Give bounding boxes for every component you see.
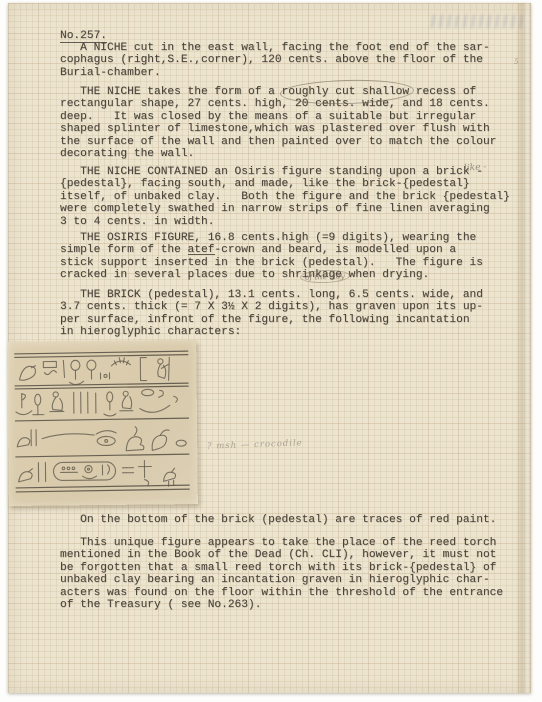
hieroglyph-sketch-sheet bbox=[7, 340, 198, 506]
paragraph-niche-form: THE NICHE takes the form of a roughly cu… bbox=[60, 86, 496, 160]
paragraph-osiris-figure: THE OSIRIS FIGURE, 16.8 cents.high (=9 d… bbox=[60, 232, 483, 282]
ghost-stamp bbox=[430, 15, 526, 28]
paragraph-red-paint: On the bottom of the brick (pedestal) ar… bbox=[60, 514, 496, 526]
hieroglyph-sketch bbox=[7, 340, 198, 506]
pencil-insert-word: like - bbox=[464, 162, 487, 174]
edge-mark: 5 bbox=[514, 58, 518, 66]
paragraph-niche-contents: THE NICHE CONTAINED an Osiris figure sta… bbox=[60, 166, 510, 228]
page-number: No.257. bbox=[60, 30, 107, 42]
paragraph-brick-pedestal: THE BRICK (pedestal), 13.1 cents. long, … bbox=[60, 289, 483, 339]
paragraph-niche-location: A NICHE cut in the east wall, facing the… bbox=[60, 42, 490, 79]
scanned-document: No.257. A NICHE cut in the east wall, fa… bbox=[0, 0, 542, 702]
atef-underline bbox=[188, 254, 215, 255]
paragraph-reed-torch: This unique figure appears to take the p… bbox=[60, 537, 503, 611]
